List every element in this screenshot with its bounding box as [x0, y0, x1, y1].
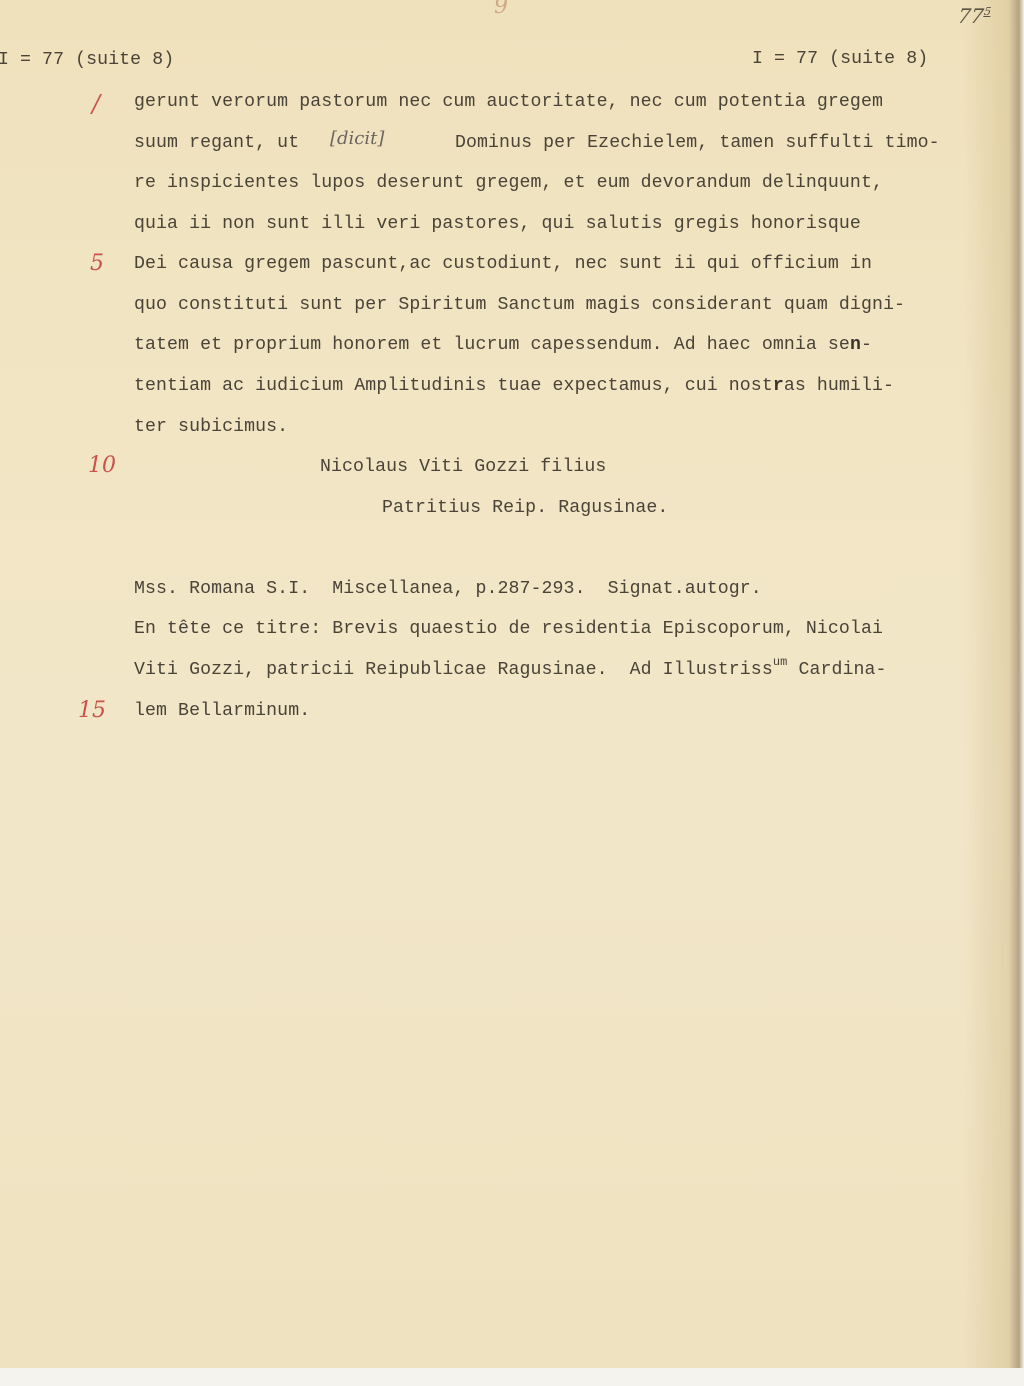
- margin-line-number-10: 10: [88, 455, 116, 477]
- source-reference: Mss. Romana S.I. Miscellanea, p.287-293.…: [134, 580, 762, 598]
- body-line-4: quia ii non sunt illi veri pastores, qui…: [134, 215, 861, 233]
- body-line-8-end: as humili-: [784, 376, 894, 396]
- body-line-7-text: tatem et proprium honorem et lucrum cape…: [134, 335, 850, 355]
- body-line-2: suum regant, ut: [134, 134, 299, 152]
- pencil-page-mark: 9: [494, 0, 508, 19]
- title-note-line-3: lem Bellarminum.: [134, 702, 310, 720]
- running-header-left: I = 77 (suite 8): [0, 51, 174, 69]
- body-line-2-start: suum regant, ut: [134, 133, 299, 153]
- title-note-superscript: um: [773, 655, 788, 669]
- folio-number-main: 77: [956, 4, 985, 28]
- folio-number: 775: [956, 4, 992, 28]
- body-line-2-end: Dominus per Ezechielem, tamen suffulti t…: [455, 134, 940, 152]
- body-line-6: quo constituti sunt per Spiritum Sanctum…: [134, 296, 905, 314]
- handwritten-insertion-dicit: [dicit]: [330, 130, 384, 148]
- body-line-8-overstrike: r: [773, 376, 784, 396]
- body-line-9: ter subicimus.: [134, 418, 288, 436]
- scan-bottom-margin: [0, 1368, 1024, 1386]
- margin-line-number-1: /: [92, 92, 100, 116]
- folio-number-superscript: 5: [983, 5, 992, 18]
- body-line-8: tentiam ac iudicium Amplitudinis tuae ex…: [134, 377, 894, 395]
- title-note-line-2: Viti Gozzi, patricii Reipublicae Ragusin…: [134, 661, 887, 679]
- running-header-right: I = 77 (suite 8): [752, 50, 928, 68]
- margin-line-number-5: 5: [90, 253, 104, 275]
- signature-title: Patritius Reip. Ragusinae.: [382, 499, 668, 517]
- body-line-7: tatem et proprium honorem et lucrum cape…: [134, 336, 872, 354]
- body-line-7-hyphen: -: [861, 335, 872, 355]
- body-line-7-overstrike: n: [850, 335, 861, 355]
- body-line-8-text: tentiam ac iudicium Amplitudinis tuae ex…: [134, 376, 773, 396]
- scanned-page: 9 775 I = 77 (suite 8) I = 77 (suite 8) …: [0, 0, 1024, 1368]
- body-line-1: gerunt verorum pastorum nec cum auctorit…: [134, 93, 883, 111]
- title-note-line-2-start: Viti Gozzi, patricii Reipublicae Ragusin…: [134, 660, 773, 680]
- margin-line-number-15: 15: [78, 700, 106, 722]
- body-line-5: Dei causa gregem pascunt,ac custodiunt, …: [134, 255, 872, 273]
- title-note-line-2-end: Cardina-: [787, 660, 886, 680]
- body-line-3: re inspicientes lupos deserunt gregem, e…: [134, 174, 883, 192]
- signature-name: Nicolaus Viti Gozzi filius: [320, 458, 606, 476]
- title-note-line-1: En tête ce titre: Brevis quaestio de res…: [134, 620, 883, 638]
